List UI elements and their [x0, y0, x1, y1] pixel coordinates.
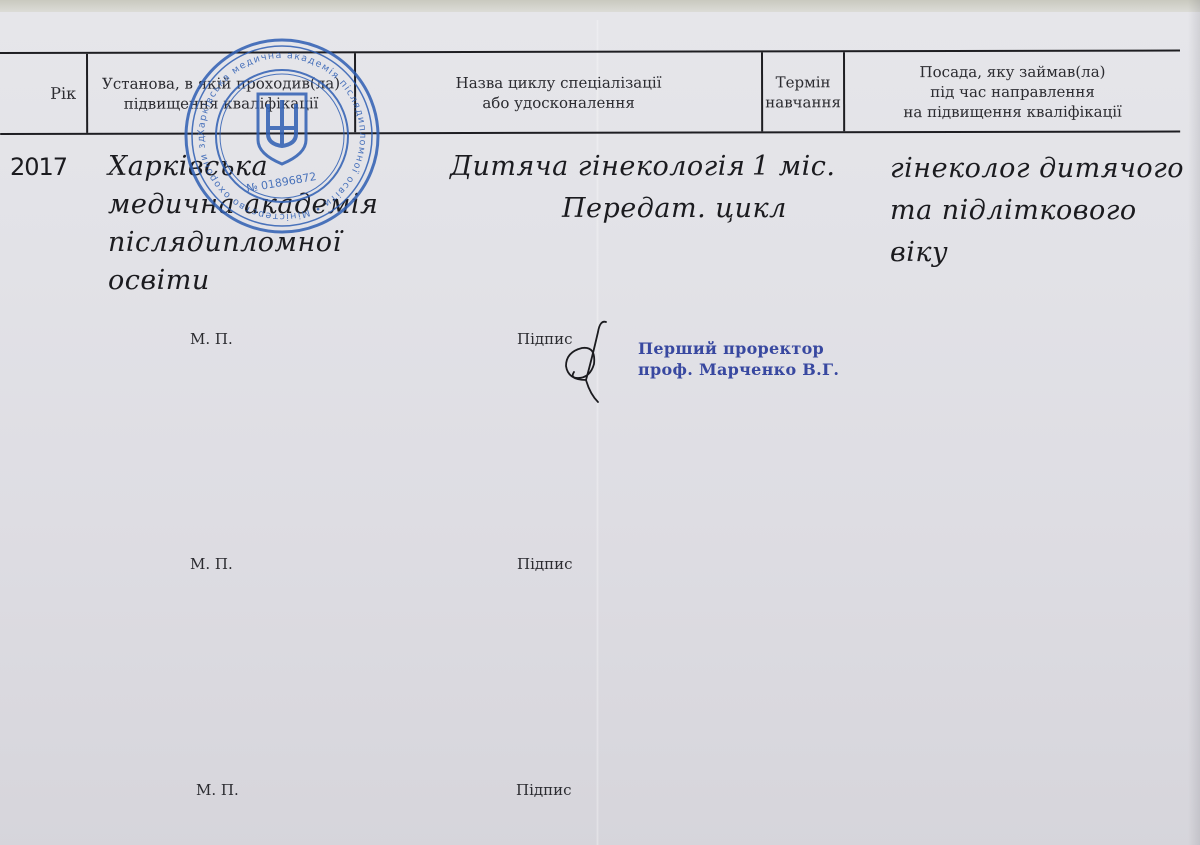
header-term: Термін навчання: [763, 52, 845, 131]
seal-label: М. П.: [190, 330, 233, 348]
header-cycle: Назва циклу спеціалізації або удосконале…: [356, 52, 763, 132]
fold-line: [596, 20, 599, 845]
signature-label: Підпис: [516, 781, 572, 799]
official-stamp: Харківська медична академія післядипломн…: [182, 36, 382, 236]
qualification-table-header: Рік Установа, в якій проходив(ла) підвищ…: [0, 50, 1180, 135]
header-position: Посада, яку займав(ла) під час направлен…: [845, 52, 1180, 132]
row-cycle-name: Дитяча гінекологія: [450, 148, 745, 186]
header-year: Рік: [0, 54, 88, 133]
row-position: гінеколог дитячого та підліткового віку: [890, 148, 1190, 274]
handwritten-signature-icon: [556, 318, 626, 408]
seal-label: М. П.: [190, 555, 233, 573]
page-top-edge: [0, 0, 1200, 12]
stamp-number: № 01896872: [245, 170, 317, 195]
page-right-edge: [1188, 0, 1200, 845]
seal-label: М. П.: [196, 781, 239, 799]
row-year: 2017: [10, 148, 67, 186]
row-cycle-type: Передат. цикл: [562, 190, 787, 228]
trident-emblem-icon: [258, 94, 306, 164]
signature-label: Підпис: [517, 555, 573, 573]
signer-stamp: Перший проректор проф. Марченко В.Г.: [638, 338, 839, 380]
row-term: 1 міс.: [752, 148, 836, 186]
